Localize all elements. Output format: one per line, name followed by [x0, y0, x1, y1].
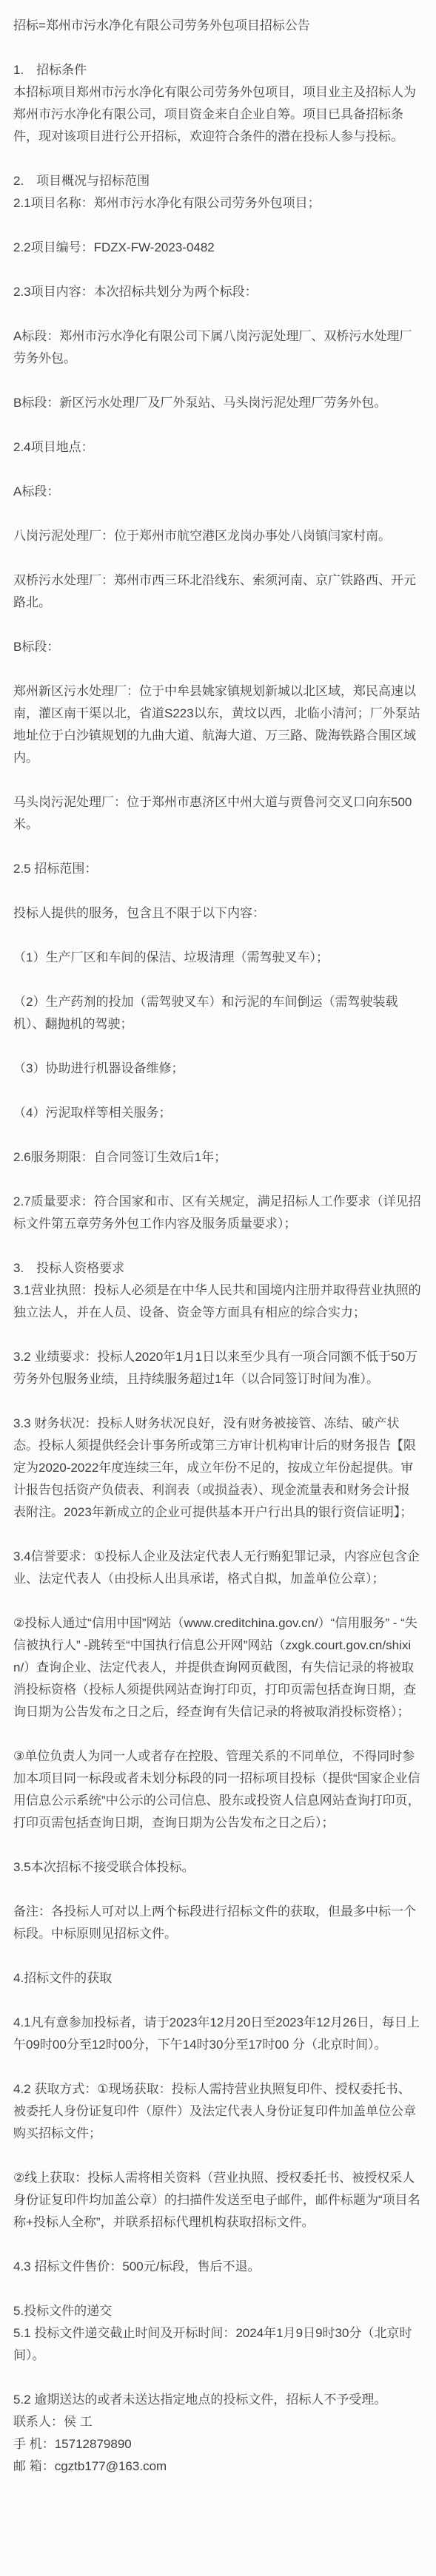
paragraph: 2.1项目名称：郑州市污水净化有限公司劳务外包项目； — [13, 192, 422, 214]
paragraph: 2.6服务期限：自合同签订生效后1年； — [13, 1146, 422, 1169]
paragraph: 4.1凡有意参加投标者，请于2023年12月20日至2023年12月26日，每日… — [13, 2012, 422, 2056]
section-heading: 4.招标文件的获取 — [13, 1967, 422, 1990]
paragraph: 2.7质量要求：符合国家和市、区有关规定，满足招标人工作要求（详见招标文件第五章… — [13, 1191, 422, 1235]
tender-announcement-document: 招标=郑州市污水净化有限公司劳务外包项目招标公告 1. 招标条件本招标项目郑州市… — [0, 0, 436, 2510]
paragraph: 备注：各投标人可对以上两个标段进行招标文件的获取，但最多中标一个标段。中标原则见… — [13, 1901, 422, 1945]
section-heading: 2. 项目概况与招标范围 — [13, 170, 422, 192]
paragraph: 4.3 招标文件售价：500元/标段，售后不退。 — [13, 2256, 422, 2278]
paragraph: 5.2 逾期送达的或者未送达指定地点的投标文件，招标人不予受理。 — [13, 2389, 422, 2411]
paragraph: 2.3项目内容：本次招标共划分为两个标段： — [13, 281, 422, 303]
paragraph: （3）协助进行机器设备维修； — [13, 1058, 422, 1080]
paragraph: 3.3 财务状况：投标人财务状况良好，没有财务被接管、冻结、破产状态。投标人须提… — [13, 1413, 422, 1524]
paragraph: 投标人提供的服务，包含且不限于以下内容： — [13, 902, 422, 924]
paragraph: 2.4项目地点： — [13, 436, 422, 459]
paragraph: 马头岗污泥处理厂：位于郑州市惠济区中州大道与贾鲁河交叉口向东500米。 — [13, 791, 422, 836]
paragraph: ②投标人通过“信用中国”网站（www.creditchina.gov.cn/）“… — [13, 1612, 422, 1723]
section-heading: 3. 投标人资格要求 — [13, 1257, 422, 1279]
paragraph: 2.2项目编号：FDZX-FW-2023-0482 — [13, 237, 422, 259]
paragraph: 郑州新区污水处理厂：位于中牟县姚家镇规划新城以北区域，郑民高速以南，灌区南干渠以… — [13, 680, 422, 769]
paragraph: ③单位负责人为同一人或者存在控股、管理关系的不同单位，不得同时参加本项目同一标段… — [13, 1745, 422, 1834]
paragraph: 3.1营业执照：投标人必须是在中华人民共和国境内注册并取得营业执照的独立法人，并… — [13, 1279, 422, 1324]
paragraph: 3.5本次招标不接受联合体投标。 — [13, 1856, 422, 1879]
section-heading: 1. 招标条件 — [13, 59, 422, 81]
paragraph: 5.1 投标文件递交截止时间及开标时间：2024年1月9日9时30分（北京时间）… — [13, 2322, 422, 2367]
contact-line: 手 机：15712879890 — [13, 2433, 422, 2455]
paragraph: A标段：郑州市污水净化有限公司下属八岗污泥处理厂、双桥污水处理厂劳务外包。 — [13, 325, 422, 370]
document-body: 1. 招标条件本招标项目郑州市污水净化有限公司劳务外包项目，项目业主及招标人为郑… — [13, 59, 422, 2478]
paragraph: B标段：新区污水处理厂及厂外泵站、马头岗污泥处理厂劳务外包。 — [13, 392, 422, 414]
paragraph: 八岗污泥处理厂：位于郑州市航空港区龙岗办事处八岗镇闫家村南。 — [13, 525, 422, 547]
paragraph: （1）生产厂区和车间的保洁、垃圾清理（需驾驶叉车）； — [13, 947, 422, 969]
paragraph: 双桥污水处理厂：郑州市西三环北沿线东、索须河南、京广铁路西、开元路北。 — [13, 569, 422, 614]
paragraph: （2）生产药剂的投加（需驾驶叉车）和污泥的车间倒运（需驾驶装载机）、翻抛机的驾驶… — [13, 991, 422, 1035]
paragraph: （4）污泥取样等相关服务； — [13, 1102, 422, 1124]
paragraph: 3.4信誉要求：①投标人企业及法定代表人无行贿犯罪记录，内容应包含企业、法定代表… — [13, 1546, 422, 1590]
paragraph: B标段： — [13, 636, 422, 658]
paragraph: 4.2 获取方式：①现场获取：投标人需持营业执照复印件、授权委托书、被委托人身份… — [13, 2078, 422, 2145]
paragraph: ②线上获取：投标人需将相关资料（营业执照、授权委托书、被授权采人身份证复印件均加… — [13, 2167, 422, 2234]
paragraph: 本招标项目郑州市污水净化有限公司劳务外包项目，项目业主及招标人为郑州市污水净化有… — [13, 81, 422, 148]
paragraph: 3.2 业绩要求：投标人2020年1月1日以来至少具有一项合同额不低于50万劳务… — [13, 1346, 422, 1390]
paragraph: 2.5 招标范围： — [13, 858, 422, 880]
paragraph: A标段： — [13, 481, 422, 503]
contact-line: 联系人：侯 工 — [13, 2411, 422, 2433]
contact-line: 邮 箱：cgztb177@163.com — [13, 2455, 422, 2478]
page-title: 招标=郑州市污水净化有限公司劳务外包项目招标公告 — [13, 15, 422, 37]
section-heading: 5.投标文件的递交 — [13, 2300, 422, 2322]
